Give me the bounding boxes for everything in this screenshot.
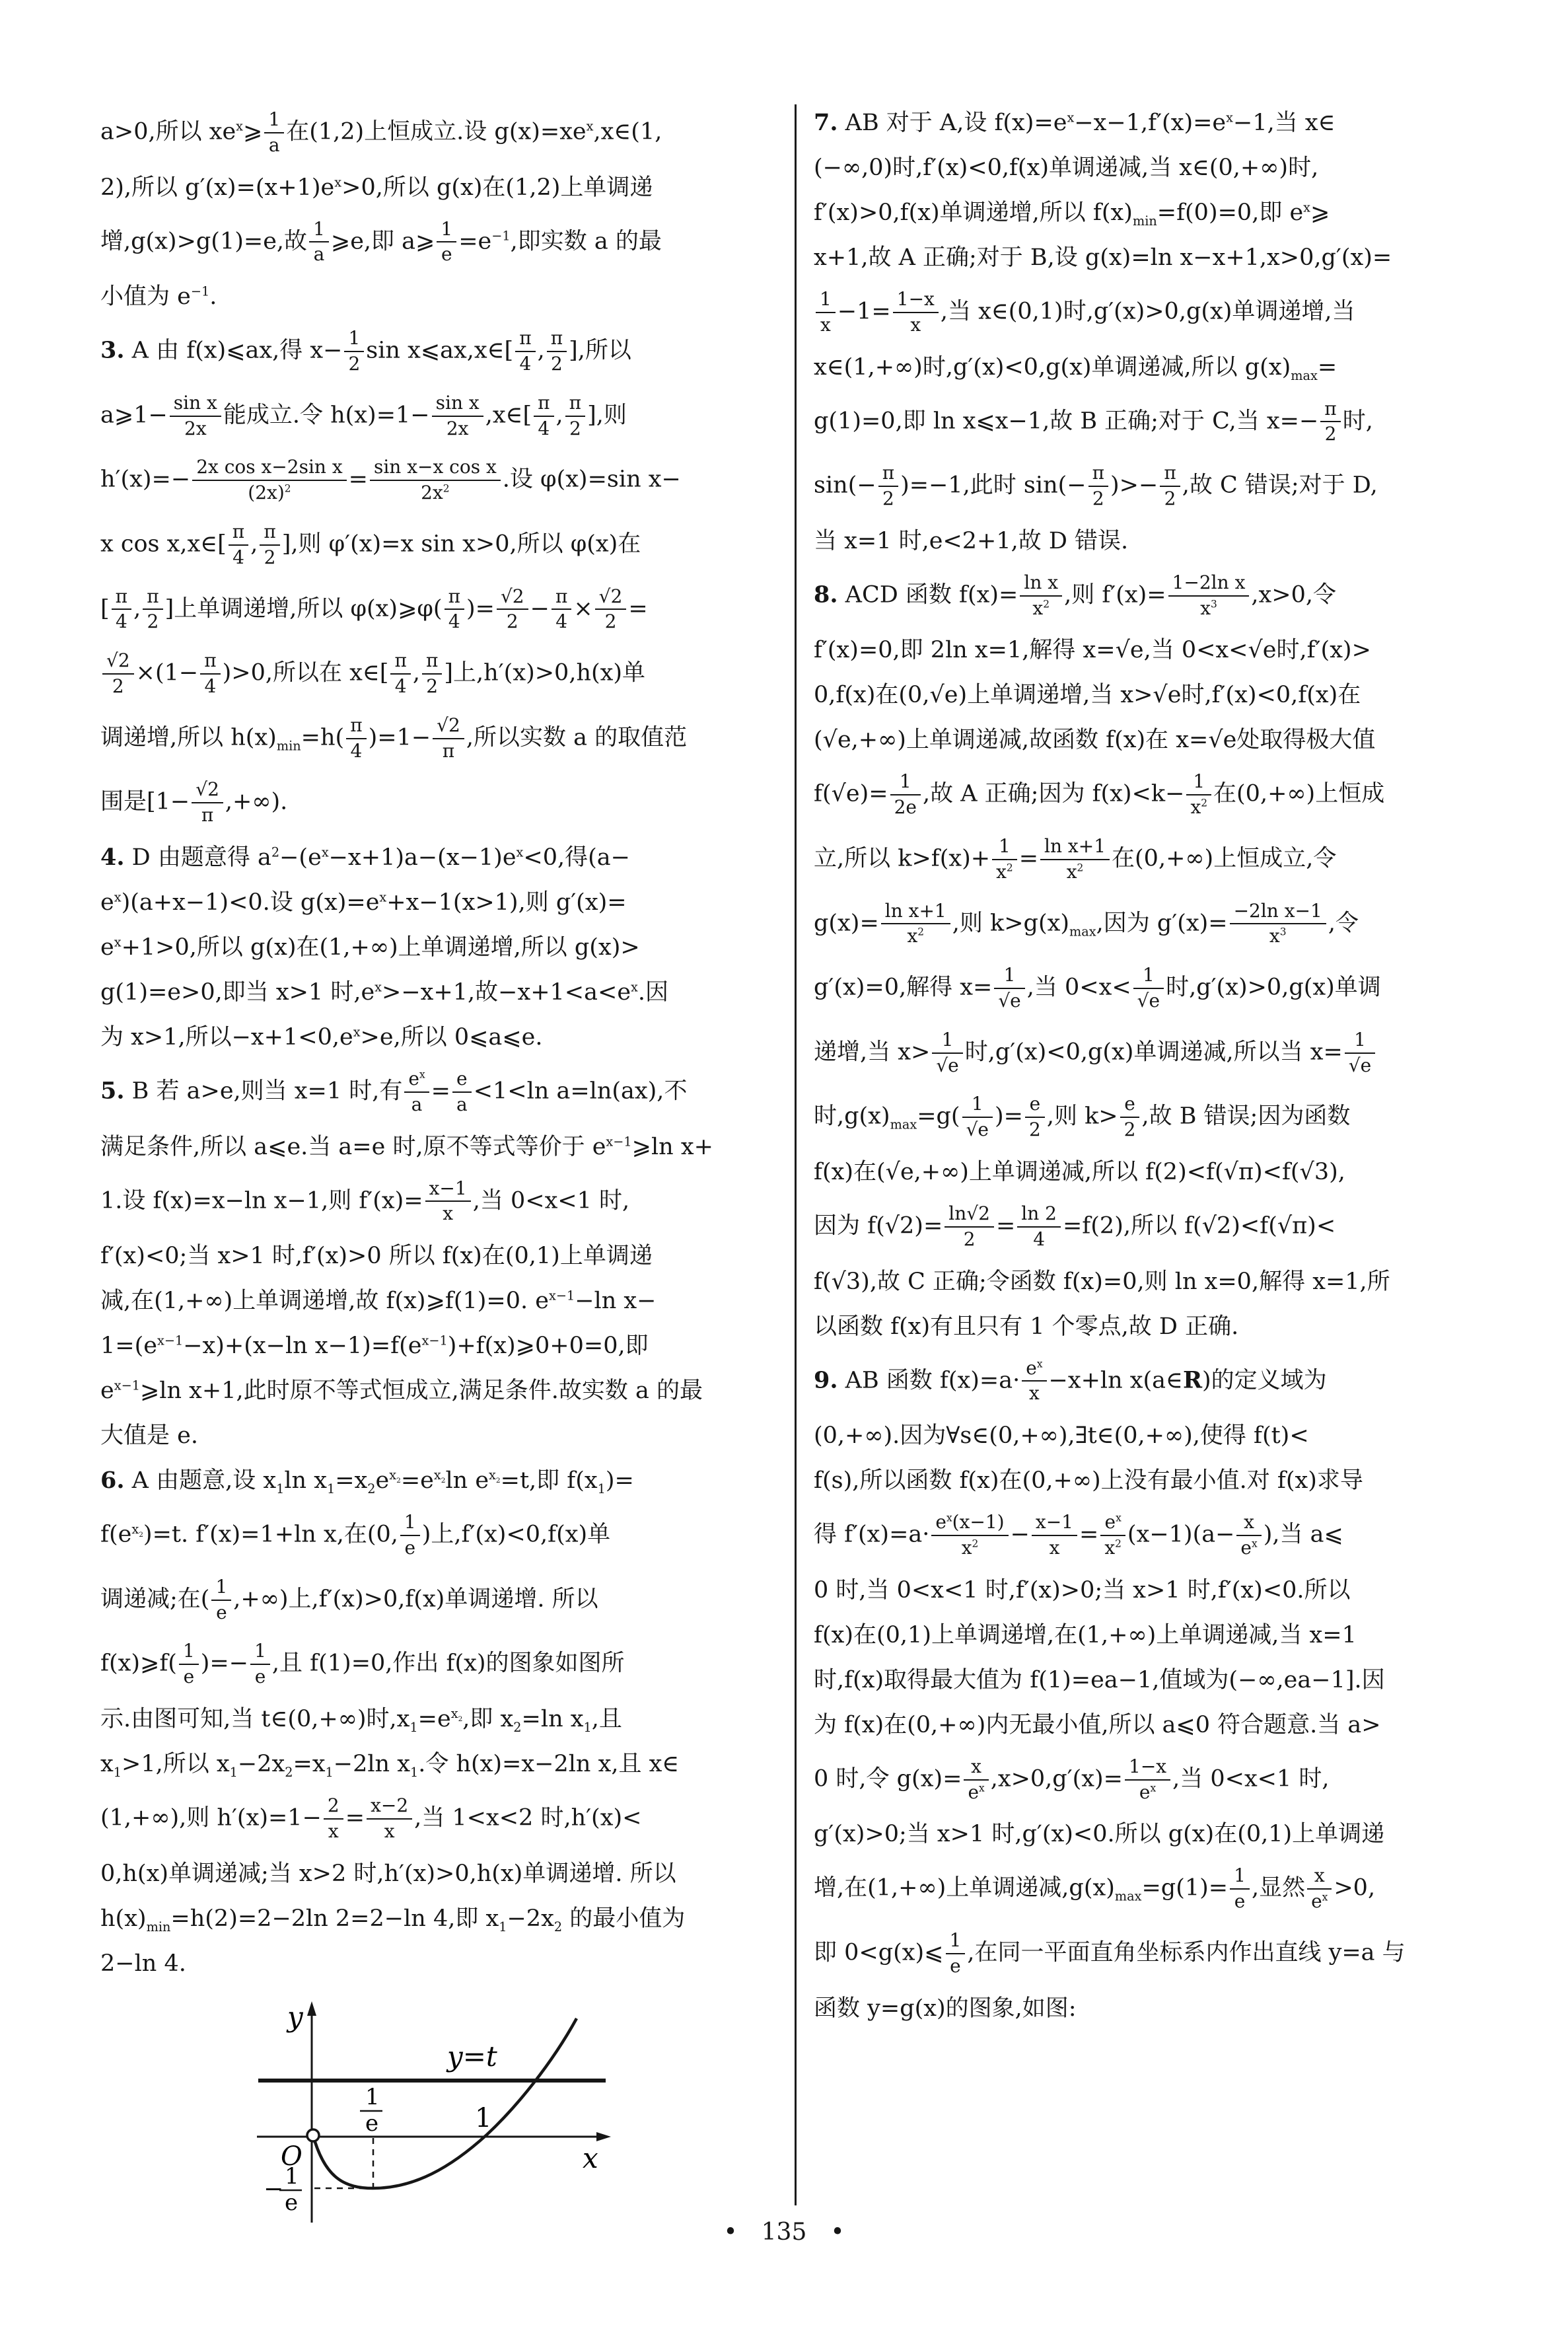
text-line: f(√3),故 C 正确;令函数 f(x)=0,则 ln x=0,解得 x=1,…: [814, 1268, 1501, 1296]
text-line: ex+1>0,所以 g(x)在(1,+∞)上单调递增,所以 g(x)>: [100, 934, 787, 961]
text-line: [π4,π2]上单调递增,所以 φ(x)⩾φ(π4)=√22−π4×√22=: [100, 586, 787, 634]
tick-minus-1-over-e-denominator: e: [285, 2190, 298, 2216]
fraction: 1a: [309, 219, 329, 266]
fraction: π4: [390, 650, 410, 698]
fraction: π2: [1088, 462, 1108, 510]
text-line: x cos x,x∈[π4,π2],则 φ′(x)=x sin x>0,所以 φ…: [100, 521, 787, 569]
text-line: h(x)min=h(2)=2−2ln 2=2−ln 4,即 x1−2x2 的最小…: [100, 1905, 787, 1933]
left-column-lines: a>0,所以 xex⩾1a在(1,2)上恒成立.设 g(x)=xex,x∈(1,…: [100, 109, 787, 1977]
text-line: 0,h(x)单调递减;当 x>2 时,h′(x)>0,h(x)单调递增. 所以: [100, 1860, 787, 1888]
fraction: 2x: [324, 1795, 343, 1843]
fraction: 1−2ln xx3: [1168, 572, 1250, 620]
fraction: ln xx2: [1020, 572, 1062, 620]
text-line: 满足条件,所以 a⩽e.当 a=e 时,原不等式等价于 ex−1⩾ln x+: [100, 1133, 787, 1161]
fraction: π4: [112, 586, 131, 634]
fraction: xex: [1236, 1512, 1261, 1559]
text-line: x+1,故 A 正确;对于 B,设 g(x)=ln x−x+1,x>0,g′(x…: [814, 244, 1501, 272]
fraction: 1a: [264, 109, 284, 157]
text-line: 2−ln 4.: [100, 1950, 787, 1977]
text-line: 4. D 由题意得 a2−(ex−x+1)a−(x−1)ex<0,得(a−: [100, 844, 787, 871]
text-line: 1=(ex−1−x)+(x−ln x−1)=f(ex−1)+f(x)⩾0+0=0…: [100, 1332, 787, 1360]
fraction: π2: [1160, 462, 1180, 510]
fraction: √2π: [433, 715, 464, 762]
text-line: f(x)⩾f(1e)=−1e,且 f(1)=0,作出 f(x)的图象如图所: [100, 1641, 787, 1688]
fraction: 1√e: [1133, 965, 1164, 1012]
text-line: 时,f(x)取得最大值为 f(1)=ea−1,值域为(−∞,ea−1].因: [814, 1666, 1501, 1694]
text-line: (0,+∞).因为∀s∈(0,+∞),∃t∈(0,+∞),使得 f(t)<: [814, 1422, 1501, 1450]
fraction: ln x+1x2: [1040, 836, 1110, 883]
fraction: e2: [1120, 1093, 1140, 1141]
text-line: 围是[1−√2π,+∞).: [100, 779, 787, 827]
fraction: 1e: [946, 1930, 966, 1977]
fraction: π4: [346, 715, 366, 762]
text-line: f′(x)>0,f(x)单调递增,所以 f(x)min=f(0)=0,即 ex⩾: [814, 199, 1501, 227]
fraction: √22: [595, 586, 627, 634]
tick-1-over-e-numerator: 1: [365, 2084, 380, 2110]
fraction: 1−xx: [893, 289, 939, 336]
text-line: f(ex2)=t. f′(x)=1+ln x,在(0,1e)上,f′(x)<0,…: [100, 1512, 787, 1559]
text-line: ex)(a+x−1)<0.设 g(x)=ex+x−1(x>1),则 g′(x)=: [100, 889, 787, 916]
text-line: 0 时,当 0<x<1 时,f′(x)>0;当 x>1 时,f′(x)<0.所以: [814, 1576, 1501, 1604]
text-line: 即 0<g(x)⩽1e,在同一平面直角坐标系内作出直线 y=a 与: [814, 1930, 1501, 1977]
right-column-lines: 7. AB 对于 A,设 f(x)=ex−x−1,f′(x)=ex−1,当 x∈…: [814, 109, 1501, 2022]
fraction: ln x+1x2: [881, 901, 950, 948]
text-line: (1,+∞),则 h′(x)=1−2x=x−2x,当 1<x<2 时,h′(x)…: [100, 1795, 787, 1843]
fraction: −2ln x−1x3: [1230, 901, 1326, 948]
fraction: ex(x−1)x2: [931, 1512, 1008, 1559]
text-line: (√e,+∞)上单调递减,故函数 f(x)在 x=√e处取得极大值: [814, 726, 1501, 754]
text-line: 当 x=1 时,e<2+1,故 D 错误.: [814, 527, 1501, 555]
fraction: √2π: [192, 779, 223, 827]
text-line: 8. ACD 函数 f(x)=ln xx2,则 f′(x)=1−2ln xx3,…: [814, 572, 1501, 620]
tick-1-over-e-denominator: e: [365, 2110, 378, 2137]
text-line: a⩾1−sin x2x能成立.令 h(x)=1−sin x2x,x∈[π4,π2…: [100, 392, 787, 440]
fraction: 1e: [250, 1641, 270, 1688]
tick-minus-sign: −: [264, 2176, 283, 2203]
text-line: 调递增,所以 h(x)min=h(π4)=1−√2π,所以实数 a 的取值范: [100, 715, 787, 762]
text-line: 小值为 e−1.: [100, 283, 787, 311]
fraction: 1−xex: [1125, 1756, 1170, 1804]
function-graph: y x O y=t 1 1 e − 1 e: [249, 1995, 625, 2239]
text-line: f(s),所以函数 f(x)在(0,+∞)上没有最小值.对 f(x)求导: [814, 1467, 1501, 1495]
text-line: √22×(1−π4)>0,所以在 x∈[π4,π2]上,h′(x)>0,h(x)…: [100, 650, 787, 698]
text-line: 减,在(1,+∞)上单调递增,故 f(x)⩾f(1)=0. ex−1−ln x−: [100, 1287, 787, 1315]
fraction: 1x2: [1186, 771, 1211, 819]
page-footer: •135•: [0, 2219, 1568, 2246]
text-line: f(x)在(0,1)上单调递增,在(1,+∞)上单调递减,当 x=1: [814, 1621, 1501, 1649]
x-axis-label: x: [583, 2142, 598, 2174]
fraction: e2: [1025, 1093, 1045, 1141]
fraction: 2x cos x−2sin x(2x)2: [192, 457, 346, 504]
fraction: π4: [515, 328, 535, 375]
text-line: 示.由图可知,当 t∈(0,+∞)时,x1=ex2,即 x2=ln x1,且: [100, 1705, 787, 1733]
fraction: 12e: [890, 771, 921, 819]
text-line: 1.设 f(x)=x−ln x−1,则 f′(x)=x−1x,当 0<x<1 时…: [100, 1178, 787, 1226]
text-line: 为 x>1,所以−x+1<0,ex>e,所以 0⩽a⩽e.: [100, 1023, 787, 1051]
fraction: ln 24: [1017, 1203, 1061, 1251]
fraction: π2: [422, 650, 442, 698]
text-line: 因为 f(√2)=ln√22=ln 24=f(2),所以 f(√2)<f(√π)…: [814, 1203, 1501, 1251]
fraction: sin x2x: [432, 392, 483, 440]
curve-x-ln-x: [313, 2018, 577, 2188]
page: a>0,所以 xex⩾1a在(1,2)上恒成立.设 g(x)=xex,x∈(1,…: [0, 0, 1568, 2325]
fraction: sin x2x: [170, 392, 221, 440]
text-line: f′(x)<0;当 x>1 时,f′(x)>0 所以 f(x)在(0,1)上单调…: [100, 1242, 787, 1270]
fraction: exx2: [1100, 1512, 1125, 1559]
text-line: g(x)=ln x+1x2,则 k>g(x)max,因为 g′(x)=−2ln …: [814, 901, 1501, 948]
fraction: 12: [344, 328, 364, 375]
line-y-t-label: y=t: [446, 2040, 497, 2073]
text-line: 得 f′(x)=a·ex(x−1)x2−x−1x=exx2(x−1)(a−xex…: [814, 1512, 1501, 1559]
text-line: f′(x)=0,即 2ln x=1,解得 x=√e,当 0<x<√e时,f′(x…: [814, 636, 1501, 664]
fraction: ea: [452, 1068, 472, 1116]
text-line: ex−1⩾ln x+1,此时原不等式恒成立,满足条件.故实数 a 的最: [100, 1377, 787, 1405]
fraction: π2: [260, 521, 279, 569]
text-line: 递增,当 x>1√e时,g′(x)<0,g(x)单调递减,所以当 x=1√e: [814, 1029, 1501, 1077]
tick-minus-1-over-e-numerator: 1: [285, 2163, 299, 2190]
text-line: 函数 y=g(x)的图象,如图:: [814, 1995, 1501, 2022]
fraction: 1x: [816, 289, 836, 336]
text-line: a>0,所以 xex⩾1a在(1,2)上恒成立.设 g(x)=xex,x∈(1,: [100, 109, 787, 157]
fraction: π4: [552, 586, 571, 634]
fraction: xex: [964, 1756, 988, 1804]
text-line: g(1)=e>0,即当 x>1 时,ex>−x+1,故−x+1<a<ex.因: [100, 978, 787, 1006]
fraction: 1e: [1230, 1865, 1250, 1913]
footer-bullet-left: •: [723, 2219, 737, 2246]
left-column: a>0,所以 xex⩾1a在(1,2)上恒成立.设 g(x)=xex,x∈(1,…: [100, 109, 787, 2242]
text-line: 1x−1=1−xx,当 x∈(0,1)时,g′(x)>0,g(x)单调递增,当: [814, 289, 1501, 336]
text-line: g′(x)>0;当 x>1 时,g′(x)<0.所以 g(x)在(0,1)上单调…: [814, 1820, 1501, 1848]
text-line: 6. A 由题意,设 x1ln x1=x2ex2=ex2ln ex2=t,即 f…: [100, 1467, 787, 1495]
page-number: 135: [762, 2219, 807, 2246]
fraction: x−1x: [425, 1178, 471, 1226]
footer-bullet-right: •: [830, 2219, 844, 2246]
fraction: π2: [1320, 398, 1340, 446]
x-tick-1-label: 1: [475, 2103, 491, 2133]
fraction: π4: [229, 521, 248, 569]
fraction: π2: [878, 462, 898, 510]
fraction: sin x−x cos x2x2: [370, 457, 501, 504]
fraction: ln√22: [944, 1203, 994, 1251]
fraction: π4: [200, 650, 220, 698]
y-axis-label: y: [286, 2001, 304, 2033]
text-line: 7. AB 对于 A,设 f(x)=ex−x−1,f′(x)=ex−1,当 x∈: [814, 109, 1501, 137]
text-line: 2),所以 g′(x)=(x+1)ex>0,所以 g(x)在(1,2)上单调递: [100, 174, 787, 202]
text-line: 3. A 由 f(x)⩽ax,得 x−12sin x⩽ax,x∈[π4,π2],…: [100, 328, 787, 375]
text-line: 0 时,令 g(x)=xex,x>0,g′(x)=1−xex,当 0<x<1 时…: [814, 1756, 1501, 1804]
text-line: f(√e)=12e,故 A 正确;因为 f(x)<k−1x2在(0,+∞)上恒成: [814, 771, 1501, 819]
fraction: 1e: [400, 1512, 420, 1559]
fraction: √22: [497, 586, 528, 634]
fraction: xex: [1307, 1865, 1332, 1913]
fraction: 1e: [437, 219, 456, 266]
fraction: 1e: [211, 1576, 231, 1624]
text-line: 为 f(x)在(0,+∞)内无最小值,所以 a⩽0 符合题意.当 a>: [814, 1711, 1501, 1739]
fraction: 1e: [179, 1641, 199, 1688]
text-line: 以函数 f(x)有且只有 1 个零点,故 D 正确.: [814, 1313, 1501, 1341]
text-line: (−∞,0)时,f′(x)<0,f(x)单调递减,当 x∈(0,+∞)时,: [814, 154, 1501, 182]
text-line: f(x)在(√e,+∞)上单调递减,所以 f(2)<f(√π)<f(√3),: [814, 1158, 1501, 1186]
fraction: π2: [565, 392, 585, 440]
fraction: √22: [102, 650, 134, 698]
y-axis-arrow-icon: [307, 2001, 316, 2016]
fraction: π2: [547, 328, 567, 375]
right-column: 7. AB 对于 A,设 f(x)=ex−x−1,f′(x)=ex−1,当 x∈…: [814, 109, 1501, 2040]
text-line: 调递减;在(1e,+∞)上,f′(x)>0,f(x)单调递增. 所以: [100, 1576, 787, 1624]
text-line: 立,所以 k>f(x)+1x2=ln x+1x2在(0,+∞)上恒成立,令: [814, 836, 1501, 883]
solution-figure: y x O y=t 1 1 e − 1 e: [249, 1995, 787, 2242]
fraction: π4: [534, 392, 553, 440]
fraction: exx: [1022, 1358, 1046, 1405]
fraction: π2: [143, 586, 162, 634]
fraction: 1√e: [932, 1029, 962, 1077]
text-line: 大值是 e.: [100, 1422, 787, 1450]
fraction: exa: [404, 1068, 429, 1116]
text-line: 时,g(x)max=g(1√e)=e2,则 k>e2,故 B 错误;因为函数: [814, 1093, 1501, 1141]
fraction: 1√e: [1345, 1029, 1375, 1077]
text-line: 9. AB 函数 f(x)=a·exx−x+ln x(a∈R)的定义域为: [814, 1358, 1501, 1405]
fraction: x−2x: [367, 1795, 412, 1843]
fraction: 1√e: [962, 1093, 993, 1141]
text-line: x1>1,所以 x1−2x2=x1−2ln x1.令 h(x)=x−2ln x,…: [100, 1750, 787, 1778]
fraction: x−1x: [1032, 1512, 1077, 1559]
text-line: 增,在(1,+∞)上单调递减,g(x)max=g(1)=1e,显然xex>0,: [814, 1865, 1501, 1913]
text-line: x∈(1,+∞)时,g′(x)<0,g(x)单调递减,所以 g(x)max=: [814, 353, 1501, 381]
text-line: g′(x)=0,解得 x=1√e,当 0<x<1√e时,g′(x)>0,g(x)…: [814, 965, 1501, 1012]
fraction: π4: [445, 586, 464, 634]
text-line: 5. B 若 a>e,则当 x=1 时,有exa=ea<1<ln a=ln(ax…: [100, 1068, 787, 1116]
fraction: 1x2: [992, 836, 1017, 883]
fraction: 1√e: [994, 965, 1024, 1012]
text-line: h′(x)=−2x cos x−2sin x(2x)2=sin x−x cos …: [100, 457, 787, 504]
text-line: 增,g(x)>g(1)=e,故1a⩾e,即 a⩾1e=e−1,即实数 a 的最: [100, 219, 787, 266]
x-axis-arrow-icon: [596, 2132, 611, 2141]
open-circle-at-origin: [307, 2129, 319, 2141]
text-line: 0,f(x)在(0,√e)上单调递增,当 x>√e时,f′(x)<0,f(x)在: [814, 681, 1501, 709]
text-line: sin(−π2)=−1,此时 sin(−π2)>−π2,故 C 错误;对于 D,: [814, 462, 1501, 510]
column-divider: [795, 104, 797, 2205]
text-line: g(1)=0,即 ln x⩽x−1,故 B 正确;对于 C,当 x=−π2时,: [814, 398, 1501, 446]
